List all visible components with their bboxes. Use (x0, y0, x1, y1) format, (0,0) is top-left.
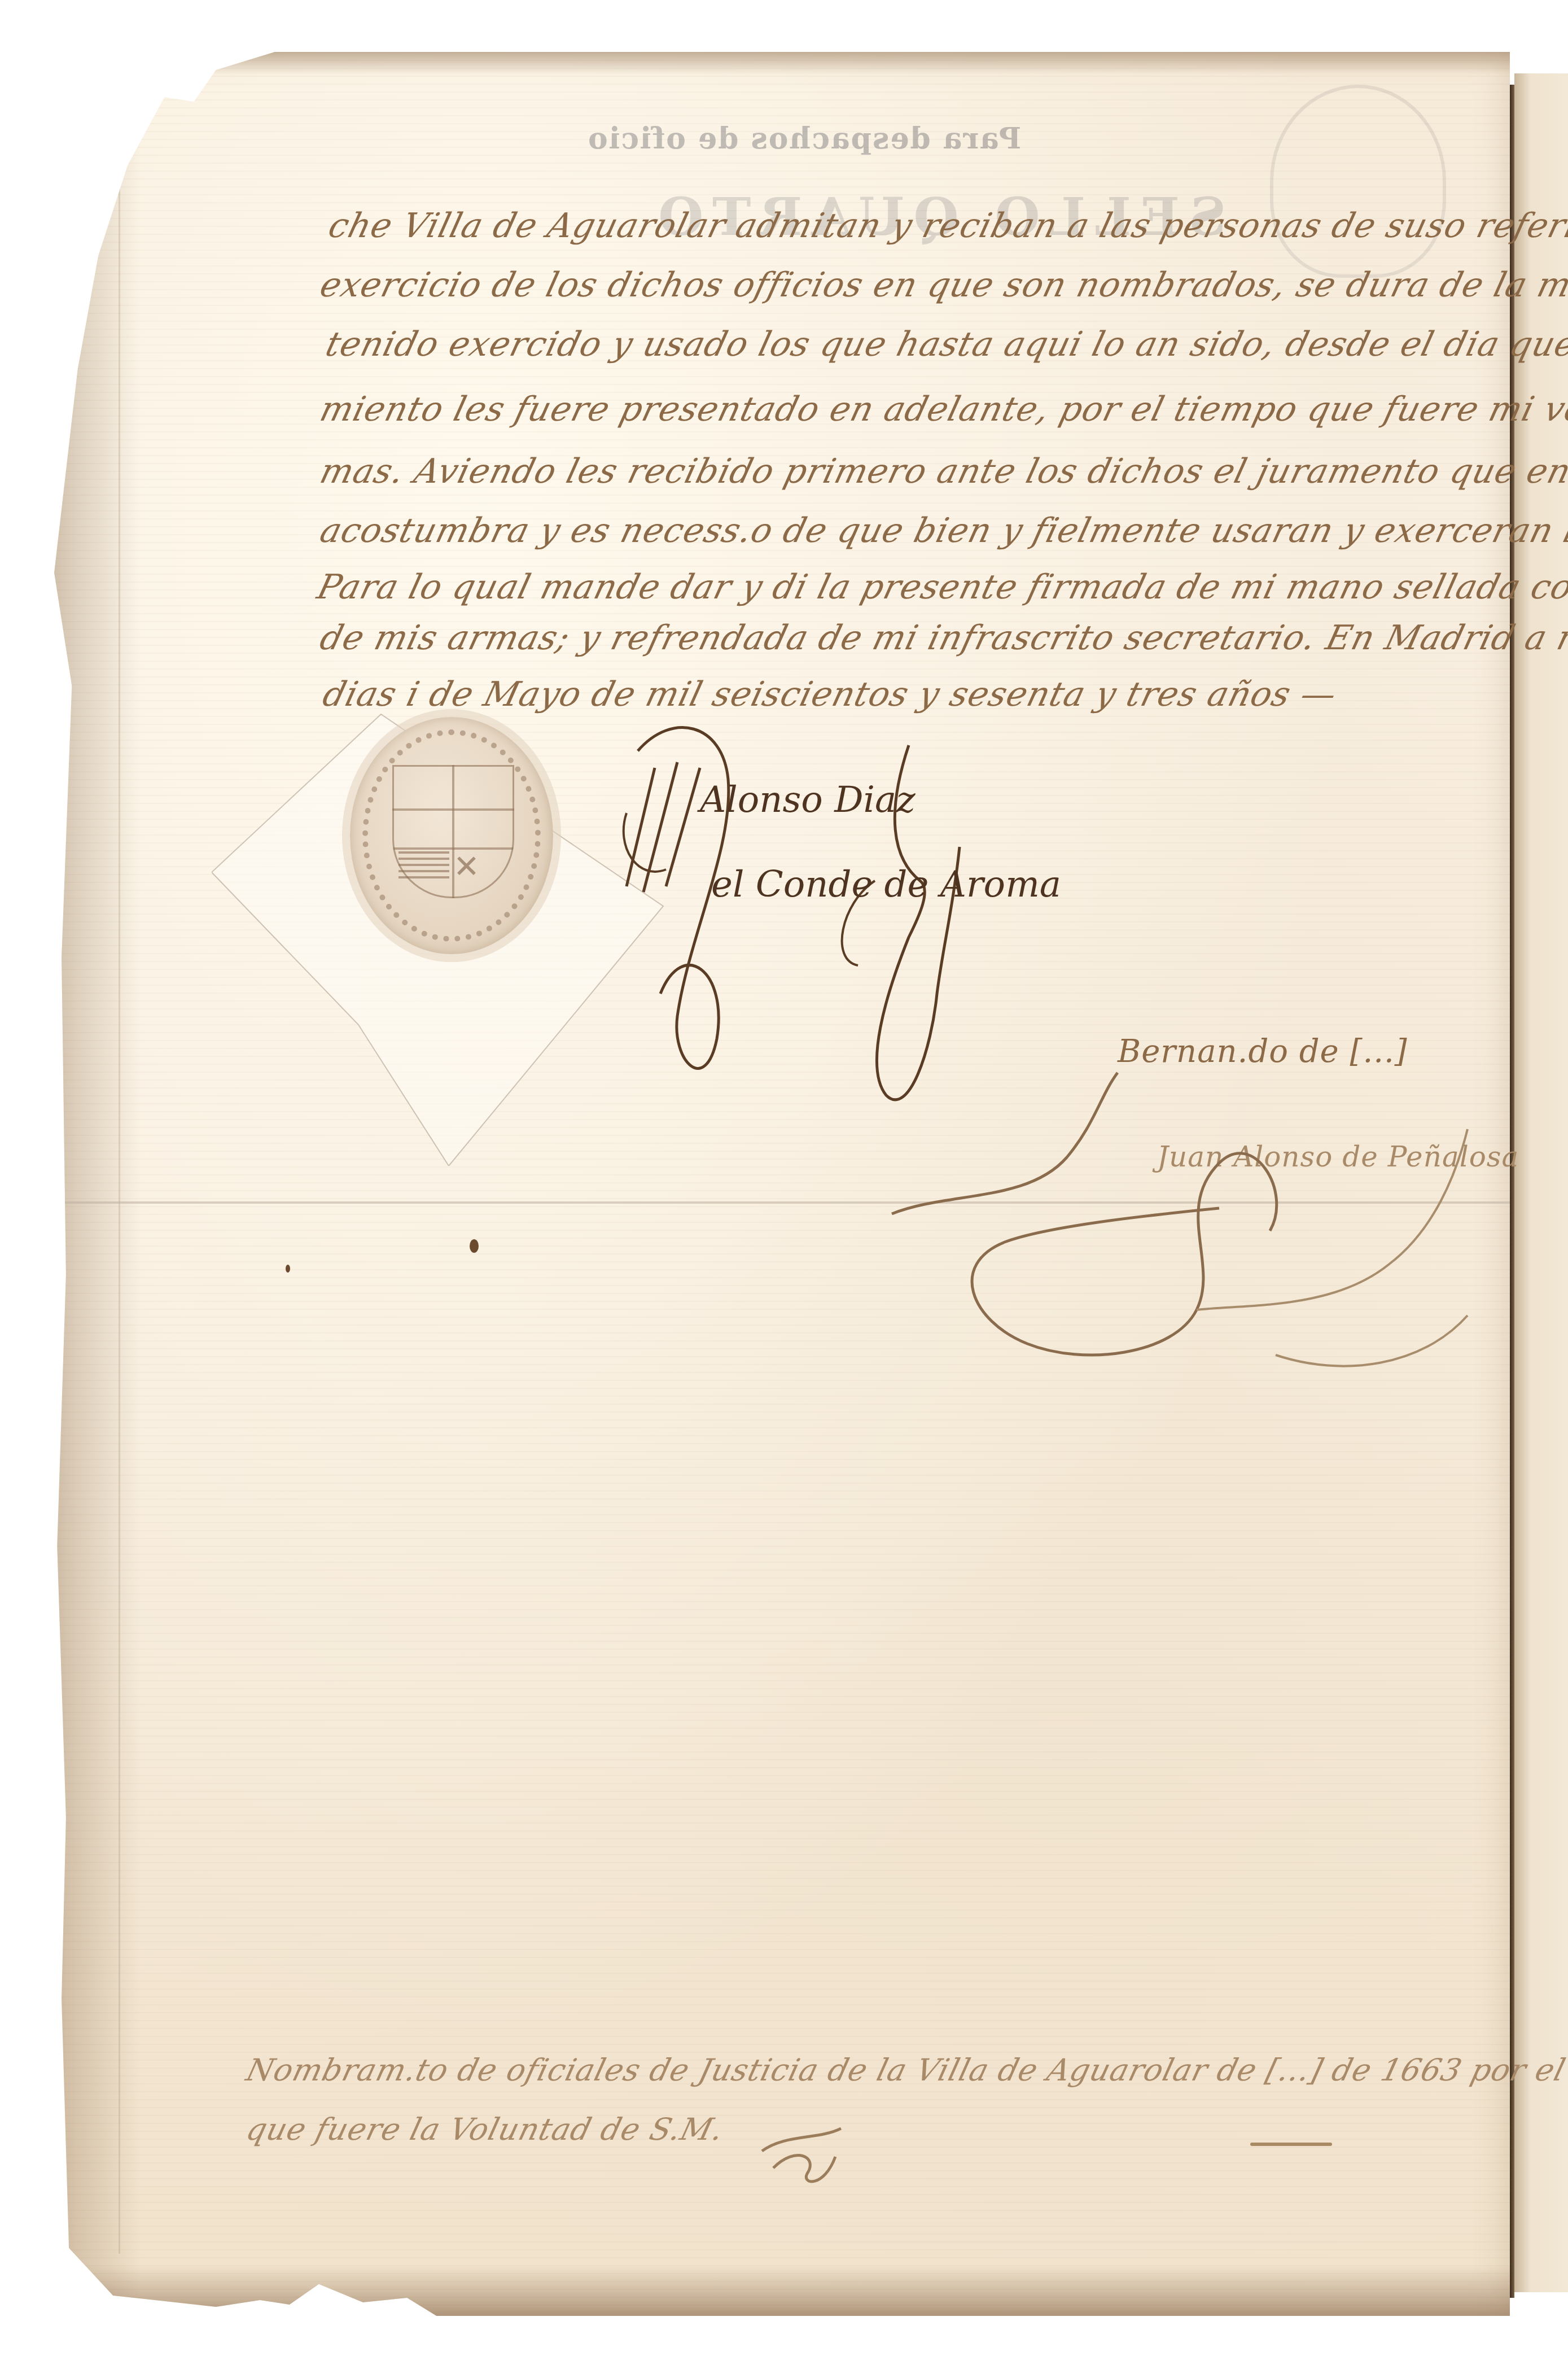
main-signature-line-1: Alonso Diaz (700, 779, 916, 821)
left-margin-fold (119, 165, 120, 2254)
left-edge-stain (40, 52, 141, 2316)
annotation-suffix: por el tiempo (1468, 2052, 1568, 2088)
secondary-signature-flourish (881, 1061, 1501, 1411)
seal-saltire-icon: ✕ (453, 849, 480, 885)
body-line-3: tenido exercido y usado los que hasta aq… (322, 325, 1568, 364)
ink-blot (470, 1239, 479, 1253)
annotation-prefix: Nombram.to de oficiales de Justicia de l… (243, 2052, 1376, 2088)
top-edge-stain (40, 52, 1510, 75)
annotation-line-2: que fuere la Voluntad de S.M. (243, 2112, 728, 2147)
wax-seal: ✕ (350, 717, 553, 954)
body-line-7: Para lo qual mande dar y di la presente … (313, 567, 1568, 607)
bottom-edge-stain (40, 2265, 1510, 2316)
body-line-6: acostumbra y es necess.o de que bien y f… (316, 511, 1568, 550)
main-signature-line-2: el Conde de Aroma (711, 864, 1061, 906)
annotation-rubric-flourish (751, 2123, 864, 2191)
body-line-1: che Villa de Aguarolar admitan y reciban… (325, 206, 1568, 246)
body-line-8: de mis armas; y refrendada de mi infrasc… (316, 618, 1568, 658)
annotation-line-1: Nombram.to de oficiales de Justicia de l… (243, 2052, 1568, 2088)
body-line-5: mas. Aviendo les recibido primero ante l… (316, 452, 1568, 491)
year-underline (1250, 2143, 1332, 2146)
seal-stripes-icon (398, 851, 449, 880)
annotation-year: 1663 (1377, 2052, 1466, 2088)
body-line-2: exercicio de los dichos officios en que … (316, 265, 1568, 305)
seal-coat-of-arms-icon: ✕ (392, 765, 514, 898)
body-line-4: miento les fuere presentado en adelante,… (316, 390, 1568, 429)
showthrough-crest-icon (1270, 85, 1446, 278)
showthrough-header: Para despachos de oficio (587, 121, 1021, 156)
ink-blot (286, 1265, 290, 1273)
scanned-page: Para despachos de oficio SELLO QUARTO ch… (0, 0, 1568, 2378)
